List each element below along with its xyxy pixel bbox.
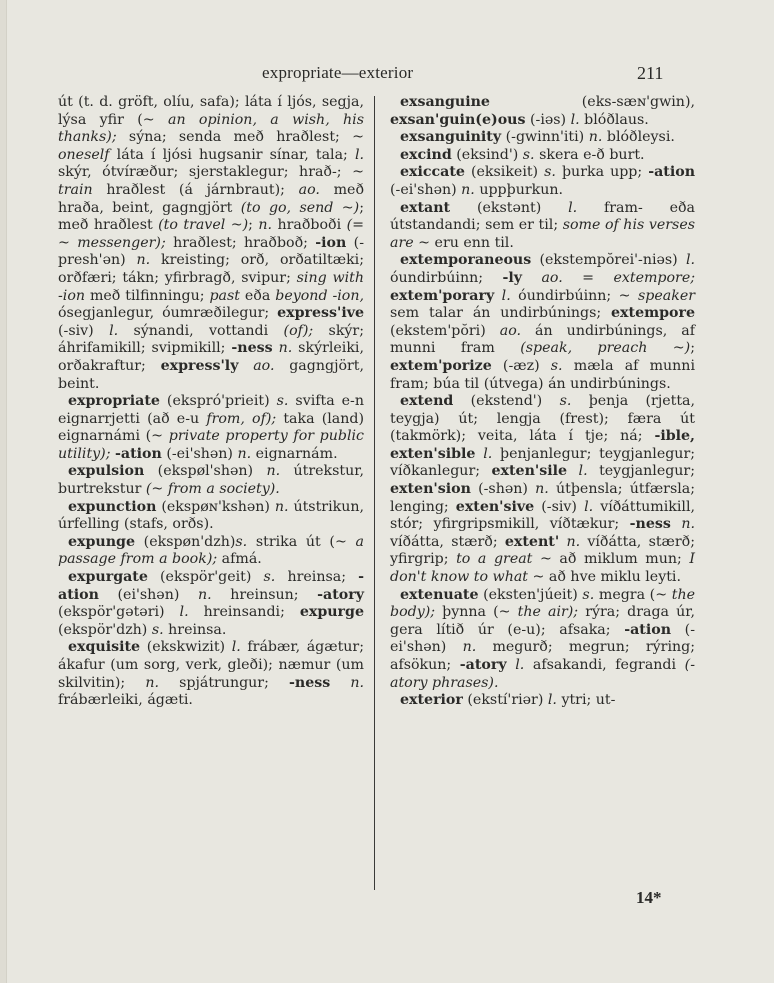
italic-text: s. <box>544 164 556 180</box>
italic-text: (to go, send ~) <box>241 200 359 216</box>
definition-text: skera e-ð burt. <box>535 147 645 163</box>
italic-text: (~ from a society). <box>146 481 280 497</box>
definition-text: hreinsun; <box>212 587 318 603</box>
definition-text: uppþurkun. <box>475 182 563 198</box>
definition-text: (ekstənt) <box>450 200 568 216</box>
page-number: 211 <box>637 63 663 84</box>
definition-text: (ekstempŏrei'-niəs) <box>531 252 686 268</box>
headword: expropriate <box>68 393 160 409</box>
definition-text: víðátta, stærð; <box>390 534 505 550</box>
definition-text: (ekspøn'dzh) <box>135 534 235 550</box>
definition-text: hreinsa. <box>164 622 227 638</box>
definition-text <box>522 270 541 286</box>
dictionary-entry: expunge (ekspøn'dzh)s. strika út (~ a pa… <box>58 534 364 569</box>
definition-text: (eksikeit) <box>465 164 544 180</box>
headword: express'ive <box>277 305 364 321</box>
definition-text: teygjanlegur; <box>588 463 695 479</box>
page-edge <box>0 0 7 983</box>
headword: -ness <box>231 340 272 356</box>
headword: -ation <box>624 622 671 638</box>
italic-text: l. <box>515 657 524 673</box>
headword: expurgate <box>68 569 148 585</box>
headword: extent' <box>505 534 559 550</box>
definition-text <box>494 288 501 304</box>
definition-text <box>330 675 350 691</box>
printer-signature: 14* <box>636 888 662 908</box>
definition-text: þurka upp; <box>556 164 648 180</box>
definition-text: (ekspör'geit) <box>148 569 264 585</box>
definition-text: (-siv) <box>58 323 109 339</box>
definition-text: afmá. <box>217 551 262 567</box>
definition-text: (eksind') <box>452 147 523 163</box>
italic-text: l. <box>502 288 511 304</box>
italic-text: n. <box>137 252 151 268</box>
italic-text: train <box>58 182 93 198</box>
headword: exten'sive <box>456 499 534 515</box>
italic-text: l. <box>579 463 588 479</box>
headword: -atory <box>317 587 364 603</box>
headword: -ation <box>115 446 162 462</box>
definition-text: ósegjanlegur, óumræðilegur; <box>58 305 277 321</box>
definition-text: blóðleysi. <box>602 129 675 145</box>
italic-text: n. <box>566 534 580 550</box>
definition-text: hreinsandi; <box>189 604 300 620</box>
italic-text: n. <box>681 516 695 532</box>
italic-text: n. <box>266 463 280 479</box>
definition-text: (ekstí'riər) <box>463 692 548 708</box>
left-column: út (t. d. gröft, olíu, safa); láta í ljó… <box>58 94 364 710</box>
headword: exiccate <box>400 164 465 180</box>
italic-text: ao. <box>541 270 562 286</box>
definition-text: (ekspör'dzh) <box>58 622 152 638</box>
headword: -ly <box>502 270 522 286</box>
definition-text: eru enn til. <box>430 235 514 251</box>
headword: extempore <box>611 305 695 321</box>
definition-text: með tilfinningu; <box>85 288 209 304</box>
italic-text: s. <box>560 393 572 409</box>
definition-text: (ekspøɴ'kshən) <box>156 499 274 515</box>
definition-text: (ekspøl'shən) <box>144 463 266 479</box>
italic-text: (speak, preach ~) <box>520 340 690 356</box>
italic-text: oneself <box>58 147 110 163</box>
definition-text: sýna; senda með hraðlest; ~ <box>117 129 364 145</box>
italic-text: n. <box>237 446 251 462</box>
italic-text: l. <box>568 200 577 216</box>
headword: extend <box>400 393 453 409</box>
definition-text: ; <box>690 340 695 356</box>
dictionary-entry: expulsion (ekspøl'shən) n. útrekstur, bu… <box>58 463 364 498</box>
italic-text: l. <box>180 604 189 620</box>
italic-text: n. <box>350 675 364 691</box>
definition-text: = <box>563 270 614 286</box>
italic-text: s. <box>523 147 535 163</box>
italic-text: l. <box>483 446 492 462</box>
definition-text: óundirbúinn; <box>390 270 502 286</box>
definition-text: megra (~ <box>594 587 672 603</box>
italic-text: speaker <box>638 288 695 304</box>
definition-text: frábærleiki, ágæti. <box>58 692 193 708</box>
dictionary-entry: exsanguine (eks-sæɴ'gwin), exsan'guin(e)… <box>390 94 695 129</box>
definition-text: (ekstend') <box>453 393 559 409</box>
definition-text: sem talar án undirbúnings; <box>390 305 611 321</box>
italic-text: n. <box>145 675 159 691</box>
definition-text: (ekskwizit) <box>140 639 232 655</box>
italic-text: n. <box>279 340 293 356</box>
dictionary-entry: exterior (ekstí'riər) l. ytri; ut- <box>390 692 695 710</box>
headword: exsanguine <box>400 94 490 110</box>
column-divider <box>374 96 375 890</box>
headword: exsan'guin(e)ous <box>390 112 525 128</box>
italic-text: s. <box>264 569 276 585</box>
definition-text: (ekstem'pŏri) <box>390 323 500 339</box>
headword: -ness <box>630 516 671 532</box>
headword: extant <box>400 200 450 216</box>
italic-text: l. <box>571 112 580 128</box>
italic-text: ao. <box>500 323 521 339</box>
italic-text: s. <box>277 393 289 409</box>
italic-text: l. <box>355 147 364 163</box>
italic-text: s. <box>551 358 563 374</box>
definition-text: óundirbúinn; ~ <box>511 288 638 304</box>
definition-text: þynna (~ <box>435 604 518 620</box>
dictionary-entry: út (t. d. gröft, olíu, safa); láta í ljó… <box>58 94 364 393</box>
definition-text <box>567 463 579 479</box>
headword: exten'sion <box>390 481 471 497</box>
headword: -ation <box>648 164 695 180</box>
italic-text: extempore; <box>613 270 695 286</box>
headword: extemporaneous <box>400 252 531 268</box>
dictionary-entry: exquisite (ekskwizit) l. frábær, ágætur;… <box>58 639 364 709</box>
italic-text: s. <box>152 622 164 638</box>
definition-text: sýnandi, vottandi <box>118 323 283 339</box>
italic-text: n. <box>589 129 603 145</box>
definition-text: að hve miklu leyti. <box>544 569 681 585</box>
italic-text: ao. <box>299 182 320 198</box>
headword: exquisite <box>68 639 140 655</box>
italic-text: n. <box>275 499 289 515</box>
headword: excind <box>400 147 452 163</box>
definition-text: blóðlaus. <box>580 112 649 128</box>
italic-text: s. <box>235 534 247 550</box>
headword: extem'porize <box>390 358 492 374</box>
definition-text: strika út (~ <box>247 534 355 550</box>
definition-text: hreinsa; <box>275 569 358 585</box>
dictionary-entry: expurgate (ekspör'geit) s. hreinsa; -ati… <box>58 569 364 639</box>
dictionary-entry: extemporaneous (ekstempŏrei'-niəs) l. óu… <box>390 252 695 393</box>
italic-text: past <box>209 288 240 304</box>
definition-text: láta í ljósi hugsanir sínar, tala; <box>110 147 355 163</box>
definition-text <box>238 358 253 374</box>
headword: exterior <box>400 692 463 708</box>
definition-text: hraðlest (á járnbraut); <box>93 182 299 198</box>
italic-text: n. <box>535 481 549 497</box>
definition-text <box>507 657 516 673</box>
headword: -ness <box>289 675 330 691</box>
headword: expulsion <box>68 463 144 479</box>
definition-text: (-ei'shən) <box>162 446 238 462</box>
dictionary-entry: extant (ekstənt) l. fram- eða útstandand… <box>390 200 695 253</box>
italic-text: from, of); <box>206 411 276 427</box>
italic-text: l. <box>584 499 593 515</box>
headword: extem'porary <box>390 288 494 304</box>
definition-text: (-æz) <box>492 358 551 374</box>
italic-text: l. <box>232 639 241 655</box>
italic-text: (to travel ~) <box>158 217 248 233</box>
headword: extenuate <box>400 587 478 603</box>
definition-text: hraðboði <box>272 217 347 233</box>
headword: expunge <box>68 534 135 550</box>
definition-text: eignarnám. <box>251 446 337 462</box>
definition-text: (eks-sæɴ'gwin), <box>490 94 695 110</box>
definition-text: spjátrungur; <box>159 675 289 691</box>
definition-text: (-ei'shən) <box>390 182 461 198</box>
definition-text: (-gwinn'iti) <box>501 129 589 145</box>
definition-text: (-siv) <box>534 499 584 515</box>
headword: expurge <box>300 604 364 620</box>
headword: expunction <box>68 499 156 515</box>
dictionary-entry: expropriate (ekspró'prieit) s. svifta e-… <box>58 393 364 463</box>
italic-text: l. <box>686 252 695 268</box>
italic-text: s. <box>582 587 594 603</box>
italic-text: beyond -ion, <box>275 288 364 304</box>
dictionary-entry: exiccate (eksikeit) s. þurka upp; -ation… <box>390 164 695 199</box>
dictionary-entry: expunction (ekspøɴ'kshən) n. útstrikun, … <box>58 499 364 534</box>
headword: exten'sile <box>492 463 568 479</box>
italic-text: (of); <box>284 323 314 339</box>
italic-text: l. <box>548 692 557 708</box>
italic-text: n. <box>258 217 272 233</box>
definition-text: að miklum mun; <box>552 551 690 567</box>
dictionary-entry: extend (ekstend') s. þenja (rjetta, teyg… <box>390 393 695 587</box>
right-column: exsanguine (eks-sæɴ'gwin), exsan'guin(e)… <box>390 94 695 710</box>
definition-text: (-shən) <box>471 481 535 497</box>
running-head: expropriate—exterior <box>262 63 413 83</box>
definition-text: afsakandi, fegrandi <box>524 657 684 673</box>
headword: express'ly <box>161 358 239 374</box>
dictionary-entry: extenuate (eksten'júeit) s. megra (~ the… <box>390 587 695 693</box>
headword: exsanguinity <box>400 129 501 145</box>
italic-text: n. <box>463 639 477 655</box>
italic-text: l. <box>109 323 118 339</box>
italic-text: n. <box>461 182 475 198</box>
italic-text: the air); <box>518 604 578 620</box>
italic-text: n. <box>198 587 212 603</box>
definition-text: eða <box>240 288 275 304</box>
definition-text: ytri; ut- <box>557 692 615 708</box>
definition-text: (eksten'júeit) <box>478 587 582 603</box>
headword: -ion <box>315 235 346 251</box>
dictionary-entry: exsanguinity (-gwinn'iti) n. blóðleysi. <box>390 129 695 147</box>
definition-text: (ekspör'gətəri) <box>58 604 180 620</box>
definition-text: (ei'shən) <box>99 587 198 603</box>
definition-text: (ekspró'prieit) <box>160 393 277 409</box>
definition-text: hraðlest; hraðboð; <box>166 235 316 251</box>
italic-text: ao. <box>253 358 274 374</box>
definition-text <box>671 516 681 532</box>
italic-text: to a great ~ <box>456 551 552 567</box>
definition-text: (-iəs) <box>525 112 570 128</box>
dictionary-entry: excind (eksind') s. skera e-ð burt. <box>390 147 695 165</box>
headword: -atory <box>460 657 507 673</box>
definition-text: ; <box>248 217 258 233</box>
definition-text: skýr, ótvíræður; sjerstaklegur; hrað-; ~ <box>58 164 364 180</box>
